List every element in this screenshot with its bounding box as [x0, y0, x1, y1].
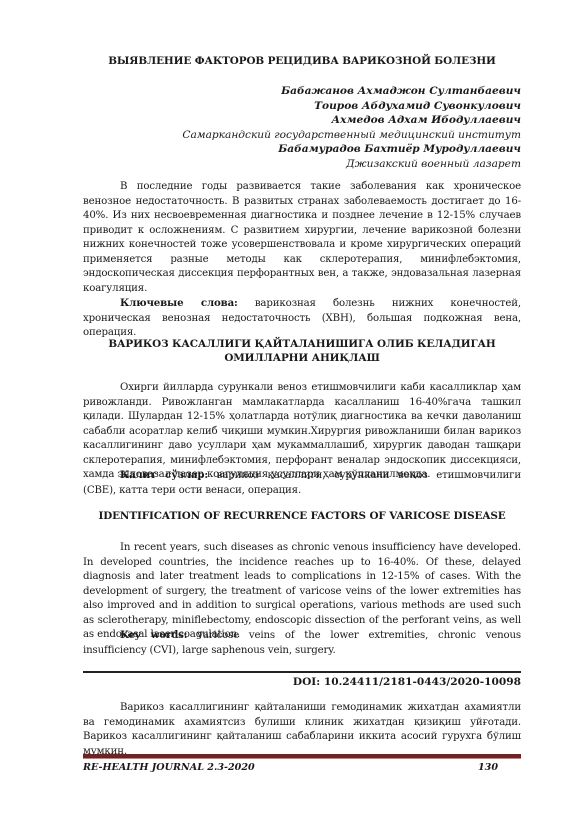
author-name: Тоиров Абдухамид Сувонкулович — [182, 99, 521, 114]
keywords-russian: Ключевые слова: варикозная болезнь нижни… — [83, 296, 521, 341]
title-english: IDENTIFICATION OF RECURRENCE FACTORS OF … — [83, 510, 521, 522]
authors-block: Бабажанов Ахмаджон Султанбаевич Тоиров А… — [182, 84, 521, 171]
doi-separator — [83, 671, 521, 673]
affiliation: Самаркандский государственный медицински… — [182, 128, 521, 143]
body-text: Варикоз касаллигининг қайталаниши гемоди… — [83, 701, 521, 759]
keywords-label: Калит сўзлар: — [120, 469, 208, 481]
keywords-english: Key words: varicose veins of the lower e… — [83, 628, 521, 658]
author-name: Бабажанов Ахмаджон Султанбаевич — [182, 84, 521, 99]
footer-rule — [83, 754, 521, 759]
keywords-label: Ключевые слова: — [120, 297, 238, 309]
doi-link[interactable]: DOI: 10.24411/2181-0443/2020-10098 — [293, 676, 521, 688]
author-name: Ахмедов Адхам Ибодуллаевич — [182, 113, 521, 128]
journal-name: RE-HEALTH JOURNAL 2.3-2020 — [83, 762, 255, 773]
title-russian: ВЫЯВЛЕНИЕ ФАКТОРОВ РЕЦИДИВА ВАРИКОЗНОЙ Б… — [83, 55, 521, 67]
author-name: Бабамурадов Бахтиёр Муродуллаевич — [182, 142, 521, 157]
abstract-russian: В последние годы развивается такие забол… — [83, 180, 521, 296]
page-number: 130 — [478, 762, 498, 773]
keywords-uzbek: Калит сўзлар: варикоз касаллиги, сурунка… — [83, 468, 521, 498]
title-uzbek: ВАРИКОЗ КАСАЛЛИГИ ҚАЙТАЛАНИШИГА ОЛИБ КЕЛ… — [83, 337, 521, 365]
affiliation: Джизакский военный лазарет — [182, 157, 521, 172]
keywords-label: Key words: — [120, 629, 187, 641]
